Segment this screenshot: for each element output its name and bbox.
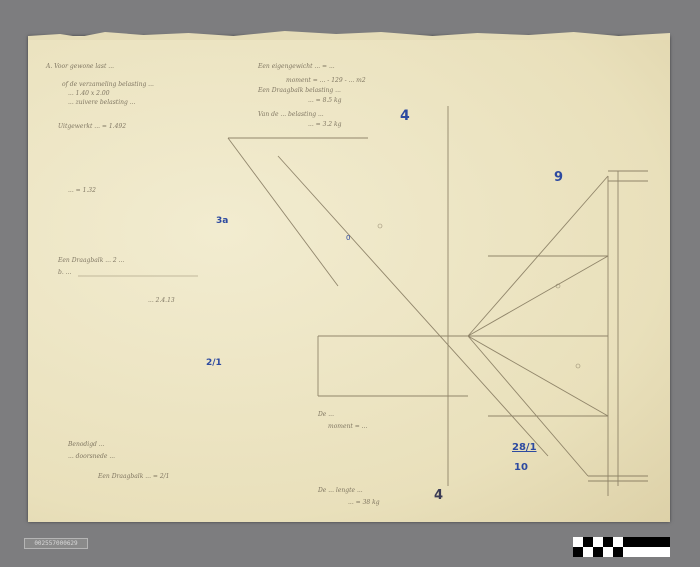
blue-annotation: 4 <box>400 108 410 124</box>
text-middle-left-4: ... 2.4.13 <box>148 296 175 305</box>
text-top-center-3: Een Draagbalk belasting ... <box>258 86 341 95</box>
text-middle-left-3: ... = 1.32 <box>68 186 96 195</box>
blue-annotation: 4 <box>434 488 443 503</box>
text-bottom-left-3: Een Draagbalk ... = 2/1 <box>98 472 169 481</box>
text-bottom-center-1: De ... <box>318 410 334 419</box>
text-bottom-center-3: De ... lengte ... <box>318 486 363 495</box>
blue-annotation: 2/1 <box>206 358 222 368</box>
text-bottom-left-2: ... doorsnede ... <box>68 452 115 461</box>
text-top-center-1: Een eigengewicht ... = ... <box>258 62 335 71</box>
text-top-left-4: ... zuivere belasting ... <box>68 98 135 107</box>
text-top-center-4: ... = 8.5 kg <box>308 96 342 105</box>
blue-annotation: 0 <box>346 234 350 242</box>
text-top-left-2: of de verzameling belasting ... <box>62 80 154 89</box>
text-middle-left-2: b. ... <box>58 268 71 277</box>
text-top-left-1: A. Voor gewone last ... <box>46 62 114 71</box>
text-top-center-2: moment = ... - 129 - ... m2 <box>286 76 366 85</box>
blue-annotation: 28/1 <box>512 442 537 453</box>
text-top-center-5: Van de ... belasting ... <box>258 110 324 119</box>
text-bottom-center-2: moment = ... <box>328 422 367 431</box>
color-scale-bar <box>573 537 670 557</box>
blue-annotation: 9 <box>554 170 563 185</box>
text-top-left-5: Uitgewerkt ... = 1.492 <box>58 122 126 131</box>
accession-label: 002557000629 <box>24 538 88 549</box>
text-bottom-left-1: Benodigd ... <box>68 440 105 449</box>
blue-annotation: 3a <box>216 216 228 226</box>
document-sheet: A. Voor gewone last ... of de verzamelin… <box>28 36 670 522</box>
truss-diagram <box>28 36 670 522</box>
blue-annotation: 10 <box>514 462 528 473</box>
text-bottom-center-4: ... = 38 kg <box>348 498 380 507</box>
text-middle-left-1: Een Draagbalk ... 2 ... <box>58 256 124 265</box>
text-top-center-6: ... = 3.2 kg <box>308 120 342 129</box>
text-top-left-3: ... 1.40 x 2.00 <box>68 89 110 98</box>
